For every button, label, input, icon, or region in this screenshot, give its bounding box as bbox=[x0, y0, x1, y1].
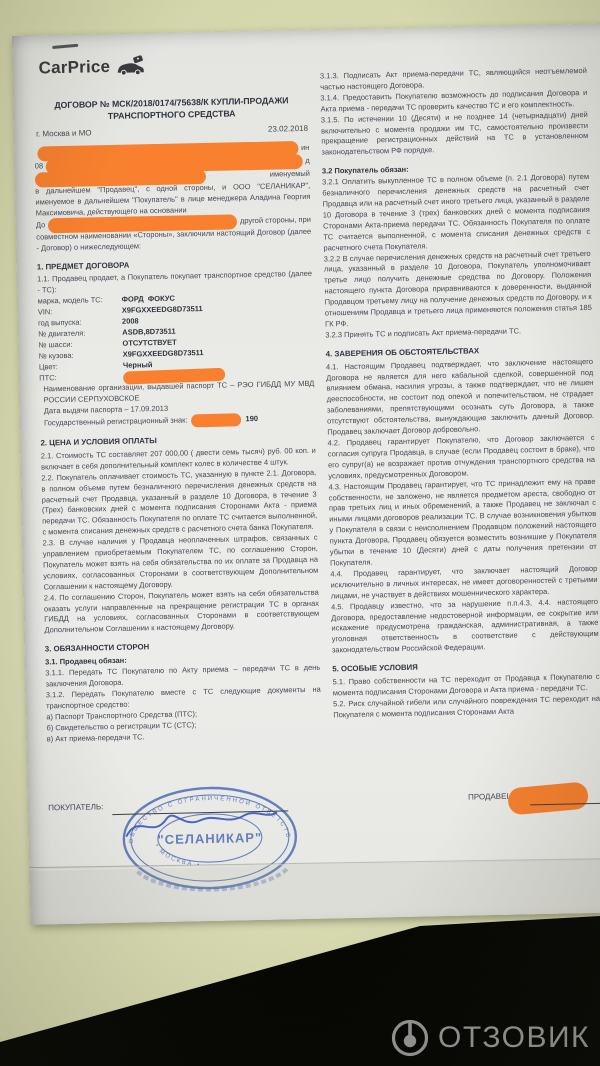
city-date-row: г. Москва и МО 23.02.2018 bbox=[36, 124, 308, 139]
pen-mark bbox=[52, 44, 78, 49]
paragraph-4-5: 4.5. Продавцу известно, что за нарушение… bbox=[331, 596, 599, 656]
paragraph-2-4: 2.4. По соглашению Сторон, Покупатель мо… bbox=[44, 587, 320, 636]
text-fragment: ин bbox=[301, 143, 310, 154]
contract-title: ДОГОВОР № МСК/2018/0174/75638/К КУПЛИ-ПР… bbox=[33, 94, 309, 124]
contract-city: г. Москва и МО bbox=[36, 128, 92, 138]
car-icon bbox=[115, 55, 145, 78]
redaction-mark bbox=[507, 781, 589, 815]
watermark-otzovik: ОТЗОВИК bbox=[390, 1018, 590, 1058]
paragraph-3-2-2: 3.2.2 В случае перечисления денежных сре… bbox=[324, 248, 593, 330]
carprice-logo-text: CarPrice bbox=[38, 57, 110, 78]
paragraph-4-2: 4.2. Продавец гарантирует Покупателю, чт… bbox=[327, 433, 595, 482]
paragraph-2-3: 2.3. В случае наличия у Продавца неоплач… bbox=[43, 533, 319, 593]
reg-plate-region: 190 bbox=[245, 414, 258, 425]
left-column: ин 08 д именуемый в дальнейшем "Продавец… bbox=[34, 142, 321, 745]
text-fragment: До bbox=[36, 220, 46, 231]
text-fragment: другой стороны, при bbox=[240, 215, 311, 227]
text-fragment: именуемый bbox=[270, 169, 310, 181]
watermark-text: ОТЗОВИК bbox=[438, 1021, 590, 1055]
text-fragment: 08 bbox=[35, 161, 44, 172]
text-fragment: д bbox=[305, 156, 310, 167]
carprice-logo: CarPrice bbox=[38, 55, 145, 79]
photo-of-contract: { "photo": { "colors": { "paper": "#e9e9… bbox=[0, 0, 600, 1066]
paragraph-2-2: 2.2. Покупатель оплачивает стоимость ТС,… bbox=[41, 467, 317, 538]
document-paper: CarPrice ДОГОВОР № МСК/2018/0174/75638/К… bbox=[12, 23, 600, 925]
paragraph-4-1: 4.1. Настоящим Продавец подтверждает, чт… bbox=[326, 357, 595, 439]
paragraph-3-1-5: 3.1.5. По истечении 10 (Десяти) и не поз… bbox=[321, 110, 589, 159]
contract-date: 23.02.2018 bbox=[268, 124, 308, 134]
buyer-signature-scribble bbox=[108, 802, 289, 846]
paragraph-3-2-1: 3.2.1 Оплатить выкупленное ТС в полном о… bbox=[322, 172, 591, 254]
right-column: 3.1.3. Подписать Акт приема-передачи ТС,… bbox=[320, 66, 600, 721]
paragraph-4-3: 4.3. Настоящим Продавец гарантирует, что… bbox=[328, 477, 597, 570]
buyer-label: ПОКУПАТЕЛЬ: bbox=[48, 802, 103, 812]
seller-signature-block: ПРОДАВЕЦ: bbox=[468, 789, 600, 801]
redaction-mark bbox=[191, 413, 241, 427]
otzovik-logo-icon bbox=[390, 1018, 430, 1058]
paragraph-5-2: 5.2. Риск случайной гибели или случайног… bbox=[333, 694, 600, 721]
